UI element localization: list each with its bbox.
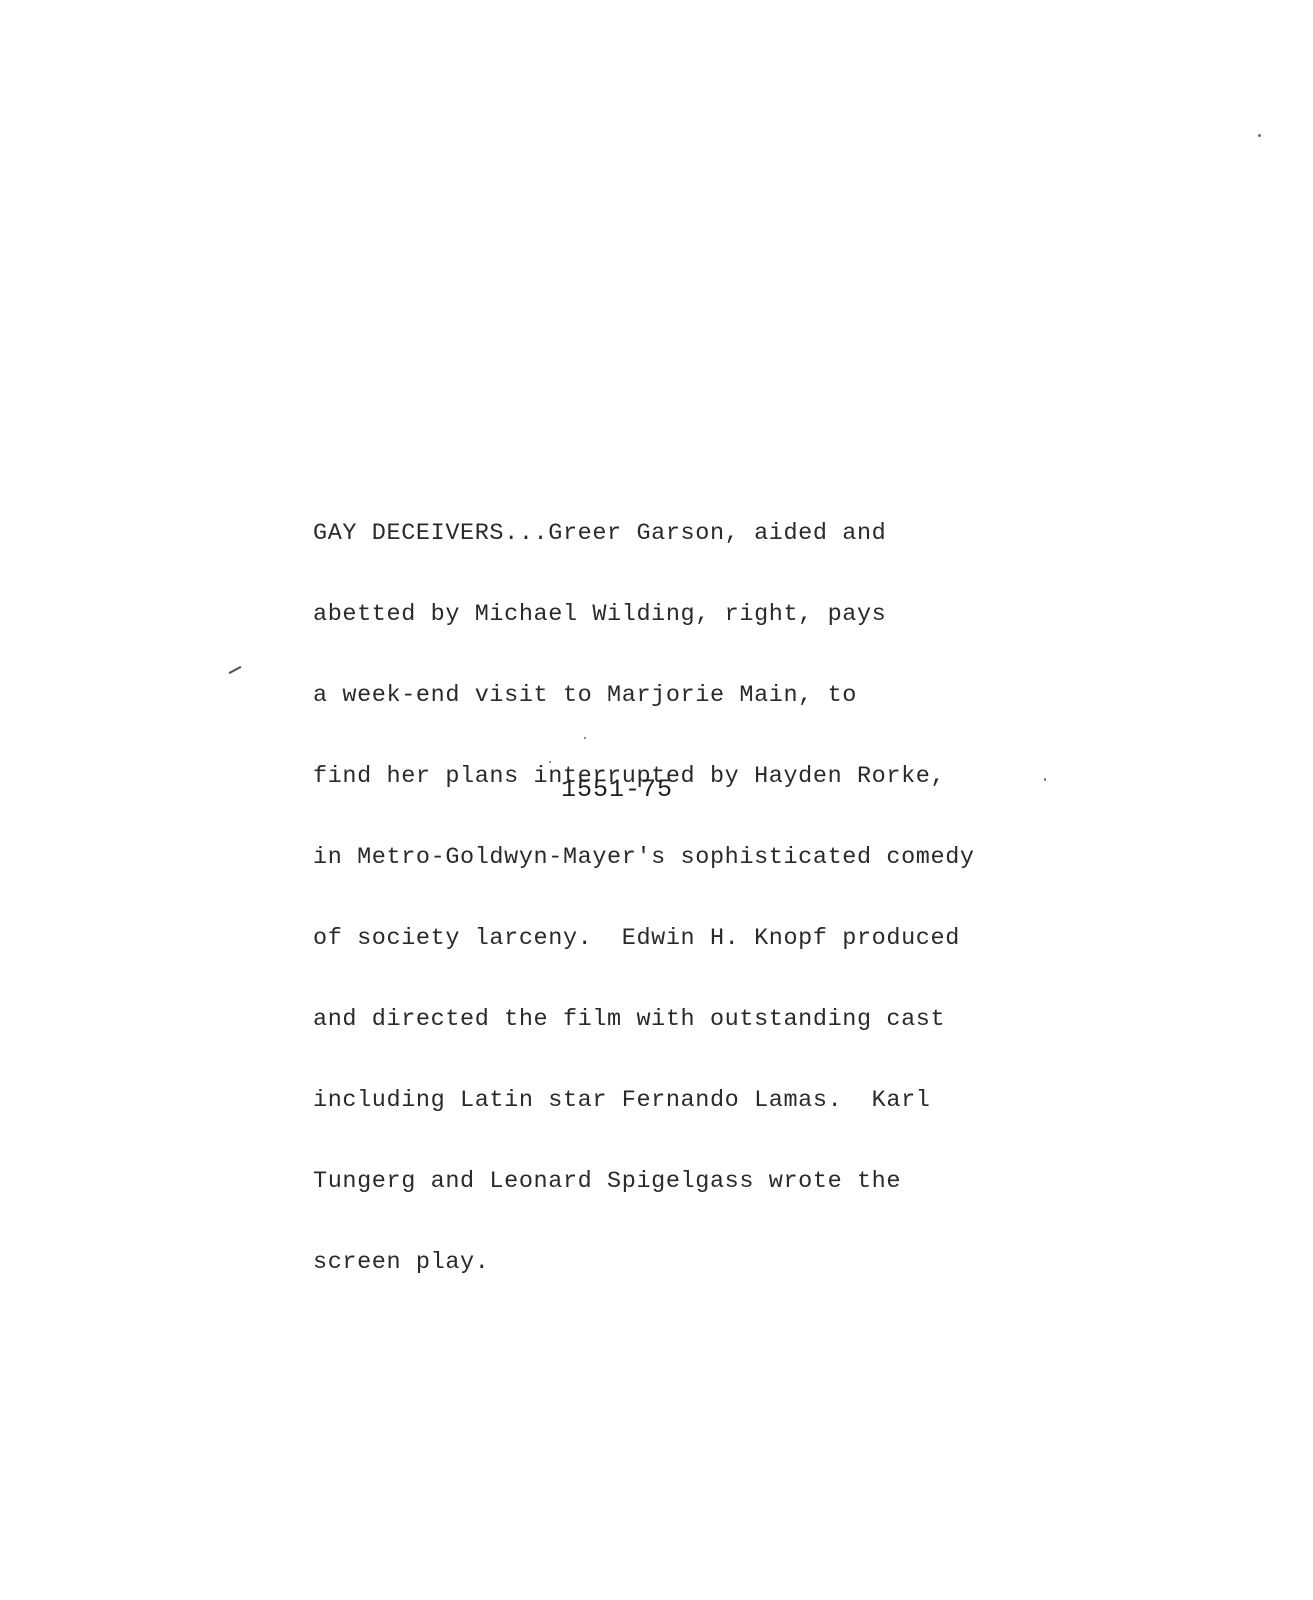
- caption-line: in Metro-Goldwyn-Mayer's sophisticated c…: [313, 844, 1073, 871]
- caption-line: a week-end visit to Marjorie Main, to: [313, 682, 1073, 709]
- caption-line: including Latin star Fernando Lamas. Kar…: [313, 1087, 1073, 1114]
- paper-speck: [584, 737, 586, 739]
- paper-speck: [1258, 134, 1261, 137]
- pen-mark: [228, 666, 241, 674]
- caption-line: and directed the film with outstanding c…: [313, 1006, 1073, 1033]
- paper-speck: [1044, 778, 1046, 781]
- still-number: 1551-75: [561, 775, 673, 804]
- caption-line: of society larceny. Edwin H. Knopf produ…: [313, 925, 1073, 952]
- photo-back-page: GAY DECEIVERS...Greer Garson, aided and …: [0, 0, 1313, 1600]
- caption-line: screen play.: [313, 1249, 1073, 1276]
- caption-line: Tungerg and Leonard Spigelgass wrote the: [313, 1168, 1073, 1195]
- paper-speck: [549, 761, 551, 763]
- caption-line: abetted by Michael Wilding, right, pays: [313, 601, 1073, 628]
- press-caption: GAY DECEIVERS...Greer Garson, aided and …: [313, 466, 1073, 1330]
- caption-line: GAY DECEIVERS...Greer Garson, aided and: [313, 520, 1073, 547]
- caption-line: find her plans interrupted by Hayden Ror…: [313, 763, 1073, 790]
